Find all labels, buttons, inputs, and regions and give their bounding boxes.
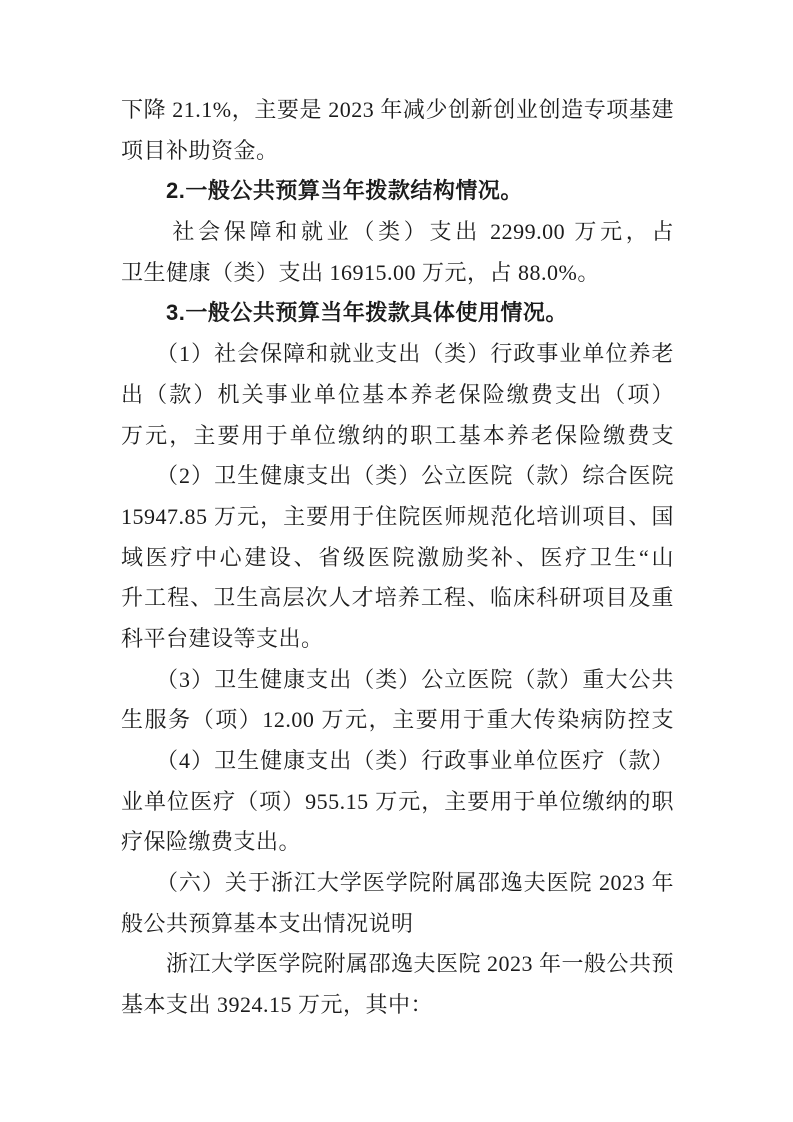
body-paragraph: 下降 21.1%，主要是 2023 年减少创新创业创造专项基建投资项目补助资金。 — [121, 90, 674, 171]
body-paragraph: （1）社会保障和就业支出（类）行政事业单位养老支出（款）机关事业单位基本养老保险… — [121, 334, 674, 456]
text-line: 业单位医疗（项）955.15 万元，主要用于单位缴纳的职工医 — [121, 782, 674, 823]
text-line: 3.一般公共预算当年拨款具体使用情况。 — [121, 293, 674, 334]
body-paragraph: （3）卫生健康支出（类）公立医院（款）重大公共卫生服务（项）12.00 万元，主… — [121, 660, 674, 741]
body-paragraph: （2）卫生健康支出（类）公立医院（款）综合医院（项）15947.85 万元，主要… — [121, 456, 674, 659]
text-line: 浙江大学医学院附属邵逸夫医院 2023 年一般公共预算 — [121, 944, 674, 985]
body-paragraph: （六）关于浙江大学医学院附属邵逸夫医院 2023 年一般公共预算基本支出情况说明 — [121, 863, 674, 944]
text-line: 科平台建设等支出。 — [121, 619, 674, 660]
text-line: （4）卫生健康支出（类）行政事业单位医疗（款）事 — [121, 741, 674, 782]
text-line: 社会保障和就业（类）支出 2299.00 万元，占 12.0%； — [121, 212, 674, 253]
body-paragraph: （4）卫生健康支出（类）行政事业单位医疗（款）事业单位医疗（项）955.15 万… — [121, 741, 674, 863]
document-page: 下降 21.1%，主要是 2023 年减少创新创业创造专项基建投资项目补助资金。… — [0, 0, 793, 1122]
text-line: 般公共预算基本支出情况说明 — [121, 904, 674, 945]
text-line: （3）卫生健康支出（类）公立医院（款）重大公共卫 — [121, 660, 674, 701]
text-line: 生服务（项）12.00 万元，主要用于重大传染病防控支出。 — [121, 700, 674, 741]
text-line: 项目补助资金。 — [121, 131, 674, 172]
text-line: 升工程、卫生高层次人才培养工程、临床科研项目及重点学 — [121, 578, 674, 619]
document-body: 下降 21.1%，主要是 2023 年减少创新创业创造专项基建投资项目补助资金。… — [121, 90, 674, 1026]
text-line: 域医疗中心建设、省级医院激励奖补、医疗卫生“山海”提 — [121, 538, 674, 579]
text-line: 2.一般公共预算当年拨款结构情况。 — [121, 171, 674, 212]
text-line: 卫生健康（类）支出 16915.00 万元，占 88.0%。 — [121, 253, 674, 294]
text-line: 万元，主要用于单位缴纳的职工基本养老保险缴费支出。 — [121, 416, 674, 457]
text-line: 基本支出 3924.15 万元，其中： — [121, 985, 674, 1026]
section-heading: 2.一般公共预算当年拨款结构情况。 — [121, 171, 674, 212]
text-line: （1）社会保障和就业支出（类）行政事业单位养老支 — [121, 334, 674, 375]
text-line: 下降 21.1%，主要是 2023 年减少创新创业创造专项基建投资 — [121, 90, 674, 131]
text-line: 15947.85 万元，主要用于住院医师规范化培训项目、国家区 — [121, 497, 674, 538]
text-line: 疗保险缴费支出。 — [121, 822, 674, 863]
text-line: 出（款）机关事业单位基本养老保险缴费支出（项）2299.00 — [121, 375, 674, 416]
body-paragraph: 社会保障和就业（类）支出 2299.00 万元，占 12.0%；卫生健康（类）支… — [121, 212, 674, 293]
text-line: （2）卫生健康支出（类）公立医院（款）综合医院（项） — [121, 456, 674, 497]
body-paragraph: 浙江大学医学院附属邵逸夫医院 2023 年一般公共预算基本支出 3924.15 … — [121, 944, 674, 1025]
text-line: （六）关于浙江大学医学院附属邵逸夫医院 2023 年一 — [121, 863, 674, 904]
section-heading: 3.一般公共预算当年拨款具体使用情况。 — [121, 293, 674, 334]
